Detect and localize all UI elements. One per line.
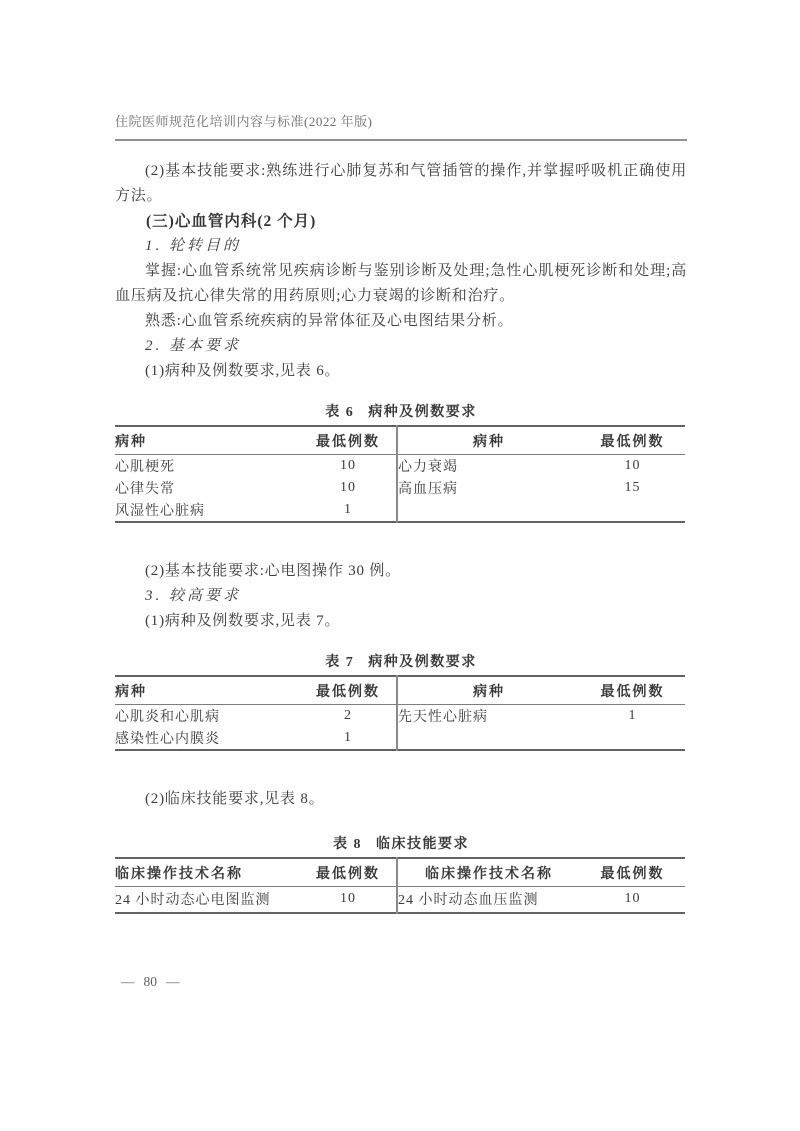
table7-cell: 2 xyxy=(300,705,397,728)
table7-cell: 感染性心内膜炎 xyxy=(115,727,300,750)
table6-cell: 10 xyxy=(300,455,397,478)
table7-col-header: 最低例数 xyxy=(580,676,685,705)
table7-cell: 1 xyxy=(300,727,397,750)
table6-cell: 15 xyxy=(580,477,685,499)
table8-cell: 10 xyxy=(580,887,685,913)
table8-header-row: 临床操作技术名称 最低例数 临床操作技术名称 最低例数 xyxy=(115,858,685,887)
table8-caption: 表 8临床技能要求 xyxy=(115,836,687,854)
table8-col-header: 最低例数 xyxy=(580,858,685,887)
table8-cell: 10 xyxy=(300,887,397,913)
table6-cell: 心力衰竭 xyxy=(397,455,580,478)
table6-header-row: 病种 最低例数 病种 最低例数 xyxy=(115,426,685,455)
table7-caption-text: 病种及例数要求 xyxy=(368,655,477,670)
table6-col-header: 最低例数 xyxy=(580,426,685,455)
table7-caption: 表 7病种及例数要求 xyxy=(115,654,687,672)
table6-row: 心肌梗死 10 心力衰竭 10 xyxy=(115,455,685,478)
table7-header-row: 病种 最低例数 病种 最低例数 xyxy=(115,676,685,705)
paragraph-table8-intro: (2)临床技能要求,见表 8。 xyxy=(115,787,687,812)
table7-col-header: 病种 xyxy=(115,676,300,705)
paragraph-familiar: 熟悉:心血管系统疾病的异常体征及心电图结果分析。 xyxy=(115,309,687,334)
table-7: 病种 最低例数 病种 最低例数 心肌炎和心肌病 2 先天性心脏病 1 感染性心内… xyxy=(115,675,685,751)
content-column: 住院医师规范化培训内容与标准(2022 年版) (2)基本技能要求:熟练进行心肺… xyxy=(115,112,687,914)
table6-col-header: 最低例数 xyxy=(300,426,397,455)
table7-cell xyxy=(580,727,685,750)
table6-cell xyxy=(397,499,580,522)
paragraph-ecg-skill: (2)基本技能要求:心电图操作 30 例。 xyxy=(115,559,687,584)
table8-cell: 24 小时动态心电图监测 xyxy=(115,887,300,913)
section-heading-cardiology: (三)心血管内科(2 个月) xyxy=(115,209,687,234)
table6-cell: 风湿性心脏病 xyxy=(115,499,300,522)
table6-cell: 10 xyxy=(300,477,397,499)
table7-cell: 先天性心脏病 xyxy=(397,705,580,728)
table6-caption: 表 6病种及例数要求 xyxy=(115,404,687,422)
subheading-higher-requirements: 3. 较高要求 xyxy=(115,584,687,609)
paragraph-master: 掌握:心血管系统常见疾病诊断与鉴别诊断及处理;急性心肌梗死诊断和处理;高血压病及… xyxy=(115,259,687,309)
footer-dash-right: — xyxy=(166,974,180,989)
table8-col-header: 临床操作技术名称 xyxy=(397,858,580,887)
table6-col-header: 病种 xyxy=(115,426,300,455)
table-8: 临床操作技术名称 最低例数 临床操作技术名称 最低例数 24 小时动态心电图监测… xyxy=(115,857,685,914)
table6-caption-text: 病种及例数要求 xyxy=(368,405,477,420)
table7-cell: 心肌炎和心肌病 xyxy=(115,705,300,728)
table6-label: 表 6 xyxy=(325,405,354,420)
table7-label: 表 7 xyxy=(325,655,354,670)
table6-cell: 高血压病 xyxy=(397,477,580,499)
document-page: 住院医师规范化培训内容与标准(2022 年版) (2)基本技能要求:熟练进行心肺… xyxy=(0,0,800,1131)
table8-label: 表 8 xyxy=(333,837,362,852)
table6-cell: 1 xyxy=(300,499,397,522)
footer-page-number: 80 xyxy=(144,974,158,989)
table7-col-header: 最低例数 xyxy=(300,676,397,705)
footer-dash-left: — xyxy=(121,974,135,989)
table7-cell: 1 xyxy=(580,705,685,728)
table6-cell: 心肌梗死 xyxy=(115,455,300,478)
table6-col-header: 病种 xyxy=(397,426,580,455)
table8-col-header: 临床操作技术名称 xyxy=(115,858,300,887)
running-header-title: 住院医师规范化培训内容与标准(2022 年版) xyxy=(115,114,372,129)
table8-row: 24 小时动态心电图监测 10 24 小时动态血压监测 10 xyxy=(115,887,685,913)
table-6: 病种 最低例数 病种 最低例数 心肌梗死 10 心力衰竭 10 心律失常 10 … xyxy=(115,425,685,523)
page-footer: —80— xyxy=(121,974,189,990)
table6-cell: 心律失常 xyxy=(115,477,300,499)
table8-caption-text: 临床技能要求 xyxy=(376,837,469,852)
table7-cell xyxy=(397,727,580,750)
table8-cell: 24 小时动态血压监测 xyxy=(397,887,580,913)
table6-row: 心律失常 10 高血压病 15 xyxy=(115,477,685,499)
paragraph-basic-skills-cpr: (2)基本技能要求:熟练进行心肺复苏和气管插管的操作,并掌握呼吸机正确使用方法。 xyxy=(115,159,687,209)
table8-col-header: 最低例数 xyxy=(300,858,397,887)
paragraph-table6-intro: (1)病种及例数要求,见表 6。 xyxy=(115,359,687,384)
table6-cell xyxy=(580,499,685,522)
table6-cell: 10 xyxy=(580,455,685,478)
subheading-basic-requirements: 2. 基本要求 xyxy=(115,334,687,359)
paragraph-table7-intro: (1)病种及例数要求,见表 7。 xyxy=(115,609,687,634)
table7-col-header: 病种 xyxy=(397,676,580,705)
table6-row: 风湿性心脏病 1 xyxy=(115,499,685,522)
table7-row: 感染性心内膜炎 1 xyxy=(115,727,685,750)
running-header: 住院医师规范化培训内容与标准(2022 年版) xyxy=(115,112,687,141)
subheading-rotation-purpose: 1. 轮转目的 xyxy=(115,234,687,259)
table7-row: 心肌炎和心肌病 2 先天性心脏病 1 xyxy=(115,705,685,728)
